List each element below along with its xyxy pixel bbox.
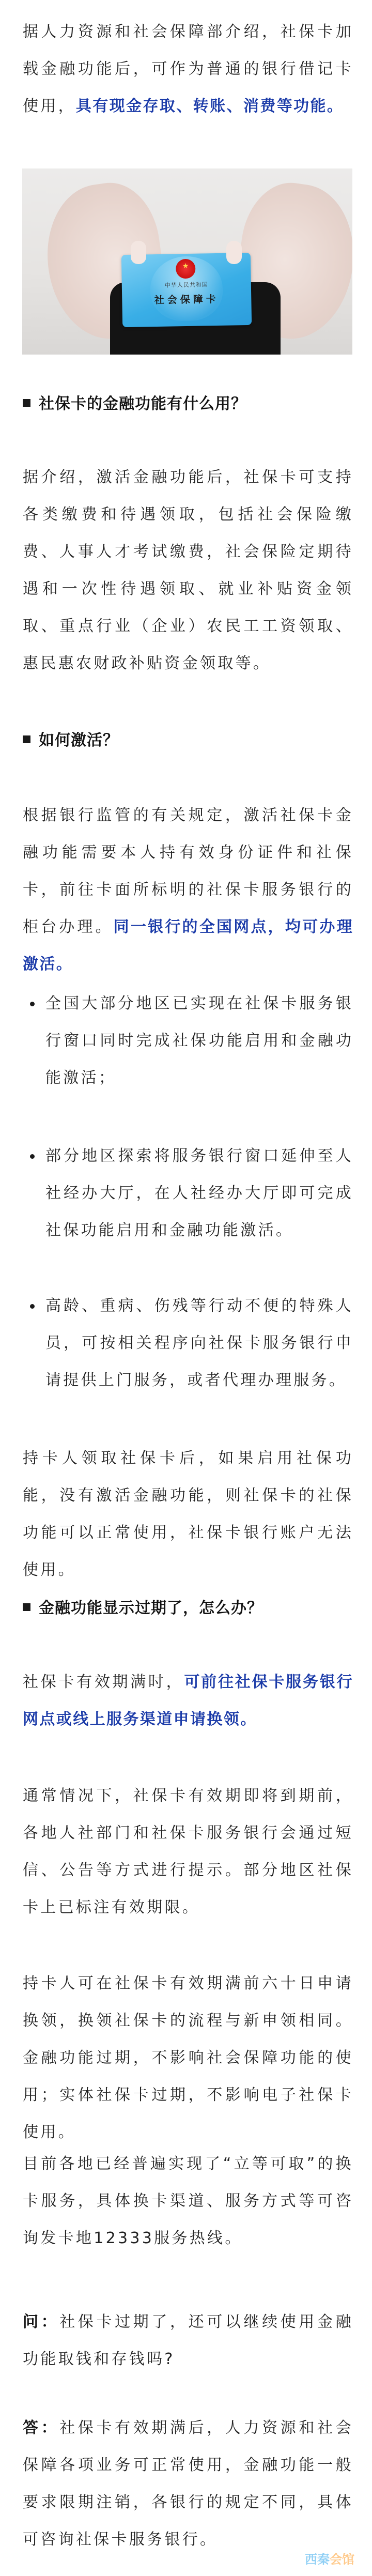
list-item: 全国大部分地区已实现在社保卡服务银行窗口同时完成社保功能启用和金融功能激活； [45,985,353,1097]
answer-label: 答： [23,2419,59,2437]
section3-p1-text: 社保卡有效期满时， [23,1673,184,1691]
question-paragraph: 问：社保卡过期了，还可以继续使用金融功能取钱和存钱吗? [23,2304,353,2378]
question-label: 问： [23,2313,59,2331]
bullet-dot-icon [30,1002,35,1006]
section-heading-uses: 社保卡的金融功能有什么用？ [23,394,247,415]
social-security-card-photo: ★ 中华人民共和国 社会保障卡 [22,168,352,355]
square-bullet-icon [23,399,30,407]
intro-highlight: 具有现金存取、转账、消费等功能。 [76,97,344,115]
list-item: 部分地区探索将服务银行窗口延伸至人社经办大厅，在人社经办大厅即可完成社保功能启用… [45,1138,353,1249]
section3-p3: 持卡人可在社保卡有效期满前六十日申请换领，换领社保卡的流程与新申领相同。金融功能… [23,1965,353,2151]
question-text: 社保卡过期了，还可以继续使用金融功能取钱和存钱吗? [23,2313,353,2368]
square-bullet-icon [23,735,30,743]
section1-body: 据介绍，激活金融功能后，社保卡可支持各类缴费和待遇领取，包括社会保险缴费、人事人… [23,459,353,682]
section-heading-expired: 金融功能显示过期了，怎么办？ [23,1598,263,1619]
list-item: 高龄、重病、伤残等行动不便的特殊人员，可按相关程序向社保卡服务银行申请提供上门服… [45,1287,353,1399]
bullet-dot-icon [30,1304,35,1309]
watermark-logo: 西秦会馆 [305,2549,354,2567]
section3-p2: 通常情况下，社保卡有效期即将到期前，各地人社部门和社保卡服务银行会通过短信、公告… [23,1777,353,1926]
section2-text: 根据银行监管的有关规定，激活社保卡金融功能需要本人持有效身份证件和社保卡，前往卡… [23,806,353,936]
card-title-text: 社会保障卡 [122,291,251,307]
section-heading-activate: 如何激活？ [23,730,119,751]
right-thumb [226,241,242,264]
section2-body: 根据银行监管的有关规定，激活社保卡金融功能需要本人持有效身份证件和社保卡，前往卡… [23,797,353,983]
card-country-text: 中华人民共和国 [122,280,251,290]
section3-p1: 社保卡有效期满时，可前往社保卡服务银行网点或线上服务渠道申请换领。 [23,1664,353,1738]
intro-paragraph: 据人力资源和社会保障部介绍，社保卡加载金融功能后，可作为普通的银行借记卡使用，具… [23,13,353,125]
answer-paragraph: 答：社保卡有效期满后，人力资源和社会保障各项业务可正常使用，金融功能一般要求限期… [23,2410,353,2558]
bullet-dot-icon [30,1154,35,1159]
answer-text: 社保卡有效期满后，人力资源和社会保障各项业务可正常使用，金融功能一般要求限期注销… [23,2419,353,2549]
left-thumb [131,241,146,264]
section3-p4: 目前各地已经普遍实现了“立等可取”的换卡服务，具体换卡渠道、服务方式等可咨询发卡… [23,2145,353,2257]
square-bullet-icon [23,1603,30,1611]
section2-note: 持卡人领取社保卡后，如果启用社保功能，没有激活金融功能，则社保卡的社保功能可以正… [23,1440,353,1589]
